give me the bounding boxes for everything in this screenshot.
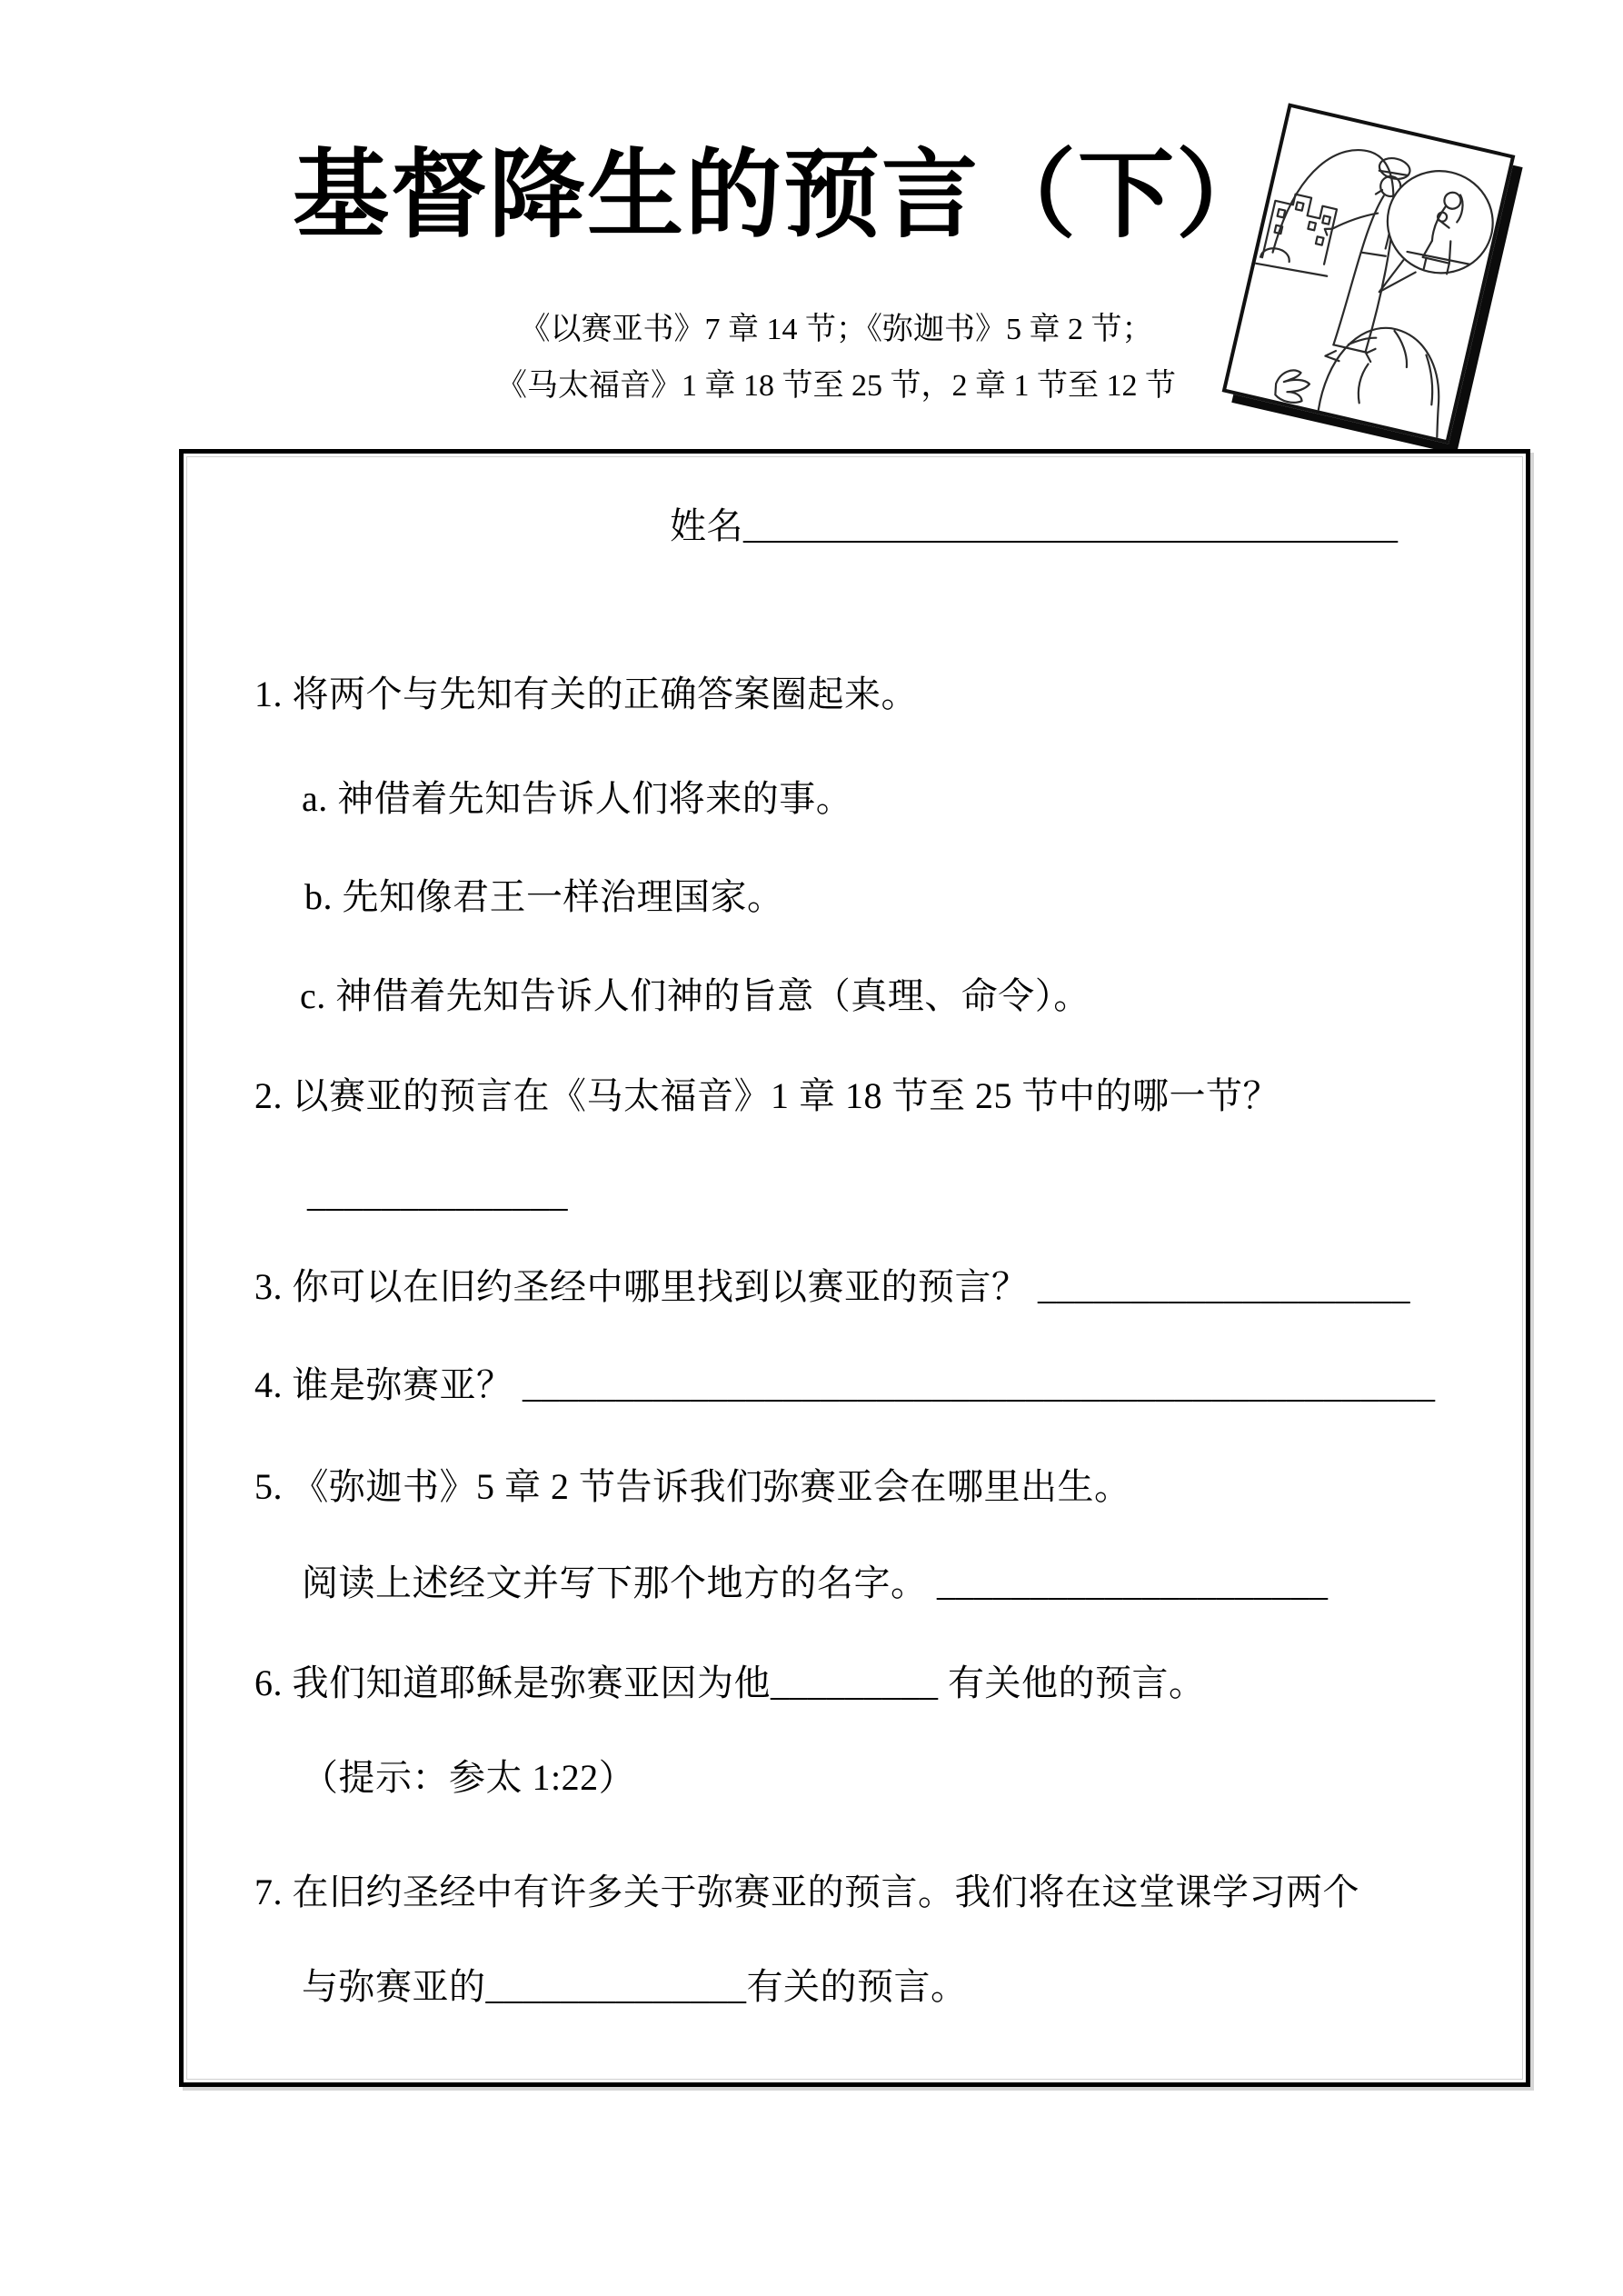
- question-5-part2: 阅读上述经文并写下那个地方的名字。 _____________________: [302, 1562, 1329, 1605]
- question-5: 5. 《弥迦书》5 章 2 节告诉我们弥赛亚会在哪里出生。: [254, 1465, 1131, 1509]
- option-b: b. 先知像君王一样治理国家。: [304, 875, 784, 919]
- hand: [1272, 367, 1311, 406]
- scripture-reference-line-1: 《以赛亚书》7 章 14 节；《弥迦书》5 章 2 节；: [273, 302, 1399, 358]
- worksheet-page: 基督降生的预言（下） 《以赛亚书》7 章 14 节；《弥迦书》5 章 2 节； …: [0, 0, 1623, 2296]
- name-label: 姓名: [670, 505, 743, 546]
- question-7-part2: 与弥赛亚的______________有关的预言。: [302, 1965, 968, 2009]
- question-6: 6. 我们知道耶稣是弥赛亚因为他_________ 有关他的预言。: [254, 1662, 1206, 1705]
- page-title: 基督降生的预言（下）: [293, 135, 1292, 255]
- name-line: 姓名____________________________________: [670, 504, 1398, 548]
- option-c: c. 神借着先知告诉人们神的旨意（真理、命令）。: [300, 974, 1090, 1018]
- question-2: 2. 以赛亚的预言在《马太福音》1 章 18 节至 25 节中的哪一节？: [254, 1074, 1279, 1118]
- question-1: 1. 将两个与先知有关的正确答案圈起来。: [254, 673, 918, 716]
- question-7: 7. 在旧约圣经中有许多关于弥赛亚的预言。我们将在这堂课学习两个: [254, 1871, 1359, 1914]
- speech-bubble: [1370, 161, 1503, 314]
- prophet-figure: [1297, 146, 1412, 366]
- name-blank-field: ____________________________________: [743, 505, 1398, 546]
- question-2-blank: ______________: [307, 1173, 568, 1216]
- listener-figure: [1318, 316, 1459, 438]
- option-a: a. 神借着先知告诉人们将来的事。: [302, 777, 852, 821]
- question-4: 4. 谁是弥赛亚？ ______________________________…: [254, 1363, 1436, 1407]
- question-6-hint: （提示：参太 1:22）: [302, 1756, 635, 1800]
- question-3: 3. 你可以在旧约圣经中哪里找到以赛亚的预言？ ________________…: [254, 1265, 1410, 1309]
- city-skyline: [1255, 189, 1343, 280]
